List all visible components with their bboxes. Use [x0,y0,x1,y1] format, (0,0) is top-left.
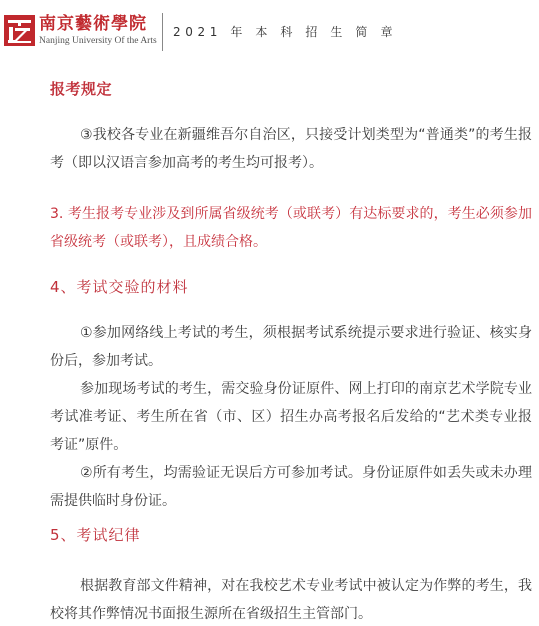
page-header: 南京藝術學院 Nanjing University Of the Arts 20… [0,0,539,60]
section-heading-exam-discipline: 5、考试纪律 [50,524,141,545]
university-name-en: Nanjing University Of the Arts [39,35,157,47]
section-heading-exam-materials: 4、考试交验的材料 [50,276,189,297]
paragraph-onsite-exam: 参加现场考试的考生，需交验身份证原件、网上打印的南京艺术学院专业考试准考证、考生… [50,375,532,459]
paragraph-cheating-policy: 根据教育部文件精神，对在我校艺术专业考试中被认定为作弊的考生，我校将其作弊情况书… [50,572,532,626]
paragraph-provincial-exam-rule: 3. 考生报考专业涉及到所属省级统考（或联考）有达标要求的，考生必须参加省级统考… [50,200,532,256]
university-name-cn: 南京藝術學院 [39,14,147,34]
page-title: 2021 年 本 科 招 生 简 章 [173,23,397,40]
university-logo-icon [4,15,35,46]
section-heading-report-rules: 报考规定 [50,78,112,99]
paragraph-xinjiang-rule: ③我校各专业在新疆维吾尔自治区，只接受计划类型为“普通类”的考生报考（即以汉语言… [50,121,532,177]
paragraph-online-exam: ①参加网络线上考试的考生，须根据考试系统提示要求进行验证、核实身份后，参加考试。 [50,319,532,375]
header-divider [162,13,163,51]
paragraph-id-verification: ②所有考生，均需验证无误后方可参加考试。身份证原件如丢失或未办理需提供临时身份证… [50,459,532,515]
